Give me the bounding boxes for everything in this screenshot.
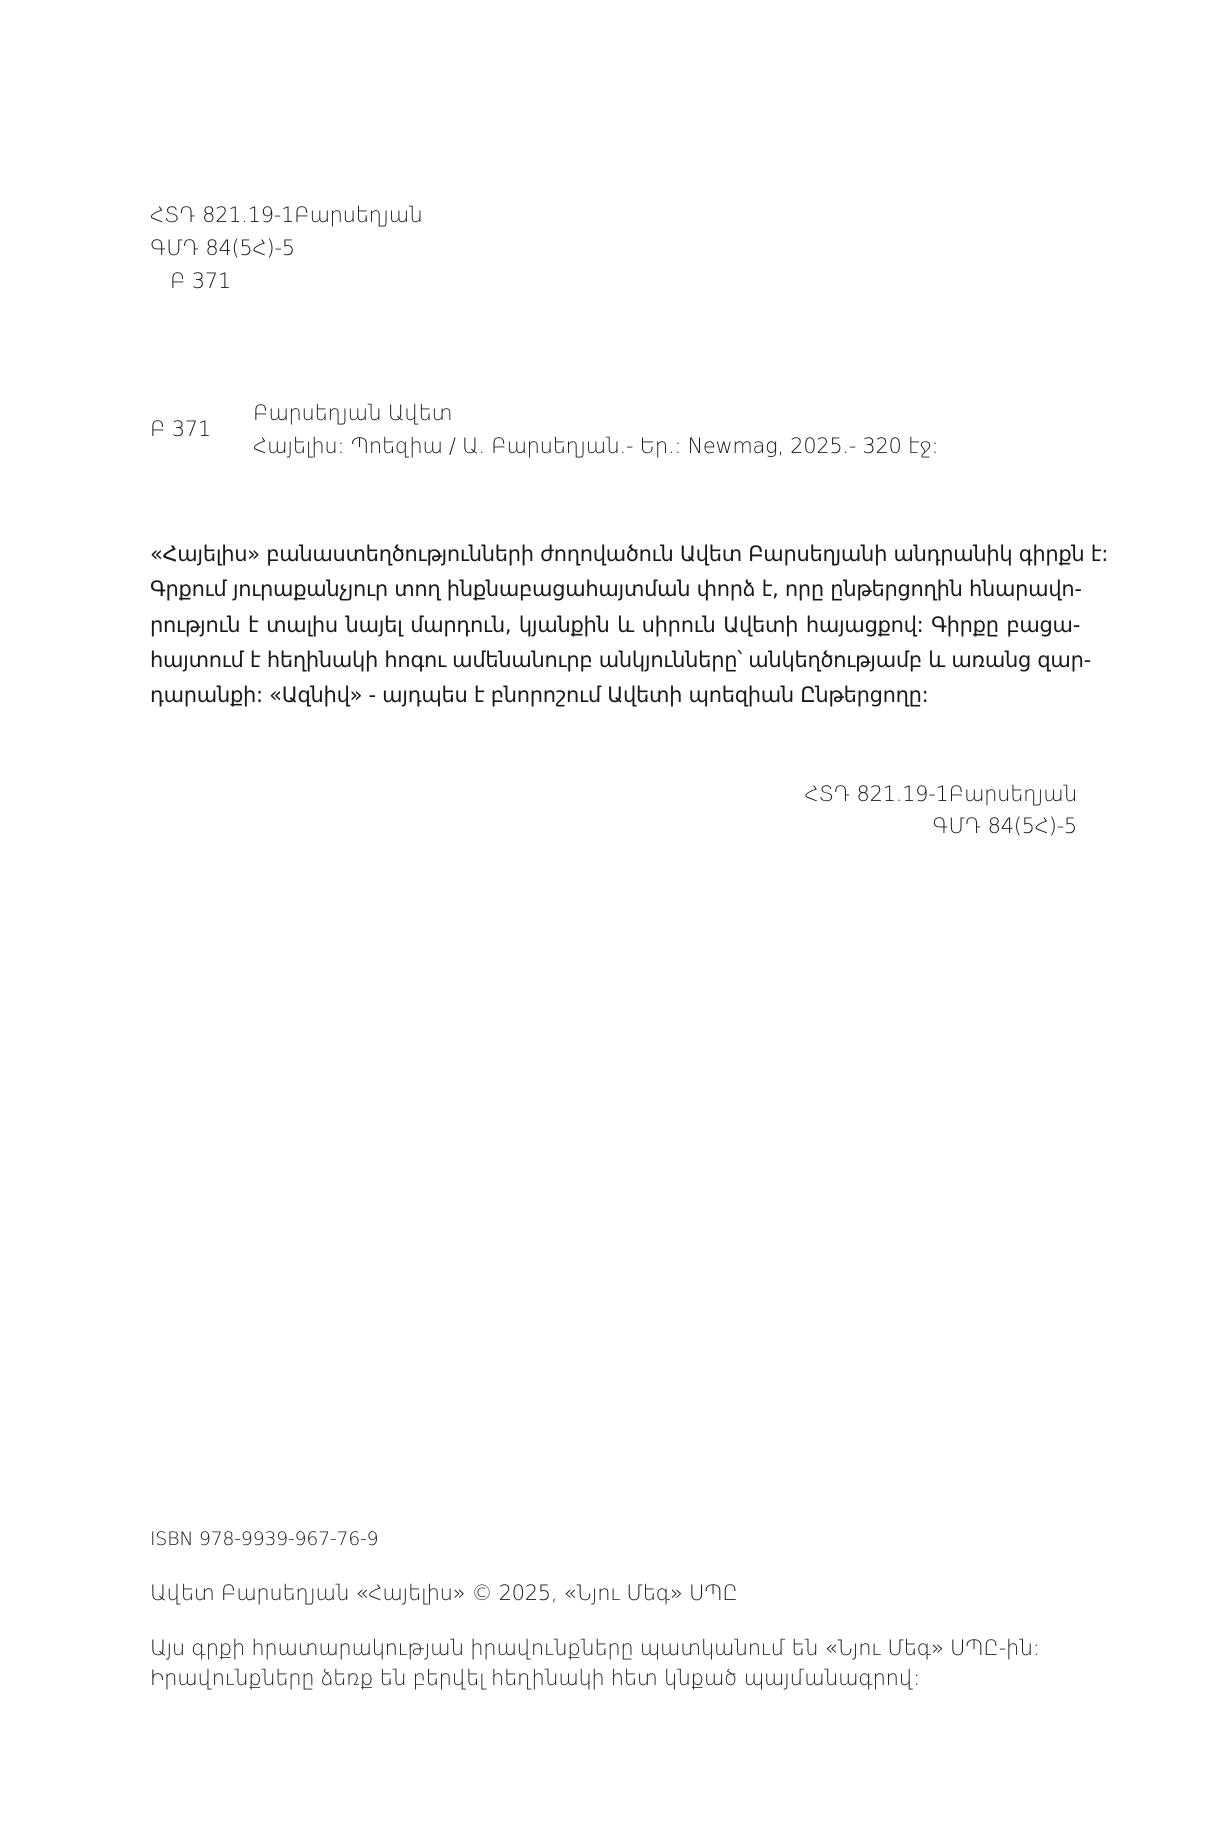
catalog-author-mark: Բ 371: [150, 413, 211, 446]
rights-line: Այս գրքի հրատարակության իրավունքները պատ…: [150, 1632, 1040, 1665]
author-mark: Բ 371: [170, 265, 231, 298]
catalog-description: Հայելիս: Պոեզիա / Ա. Բարսեղյան.- Եր.: Ne…: [253, 430, 938, 463]
copyright-line: Ավետ Բարսեղյան «Հայելիս» © 2025, «Նյու Մ…: [150, 1577, 738, 1610]
footer-bbk-code: ԳՄԴ 84(5Հ)-5: [932, 810, 1077, 843]
annotation-line: հայտում է հեղինակի հոգու ամենանուրբ անկյ…: [150, 643, 1080, 678]
footer-udc-code: ՀՏԴ 821.19-1Բարսեղյան: [804, 778, 1077, 811]
annotation-paragraph: «Հայելիս» բանաստեղծությունների ժողովածու…: [150, 537, 1080, 713]
annotation-line: «Հայելիս» բանաստեղծությունների ժողովածու…: [150, 537, 1080, 572]
annotation-line: Գրքում յուրաքանչյուր տող ինքնաբացահայտմա…: [150, 572, 1080, 607]
rights-line: Իրավունքները ձեռք են բերվել հեղինակի հետ…: [150, 1662, 920, 1695]
annotation-line: դարանքի: «Ազնիվ» - այդպես է բնորոշում Ավ…: [150, 678, 1080, 713]
catalog-author: Բարսեղյան Ավետ: [253, 397, 452, 430]
annotation-line: րություն է տալիս նայել մարդուն, կյանքին …: [150, 608, 1080, 643]
bbk-code: ԳՄԴ 84(5Հ)-5: [150, 232, 295, 265]
isbn: ISBN 978-9939-967-76-9: [150, 1523, 378, 1556]
udc-code: ՀՏԴ 821.19-1Բարսեղյան: [150, 199, 423, 232]
